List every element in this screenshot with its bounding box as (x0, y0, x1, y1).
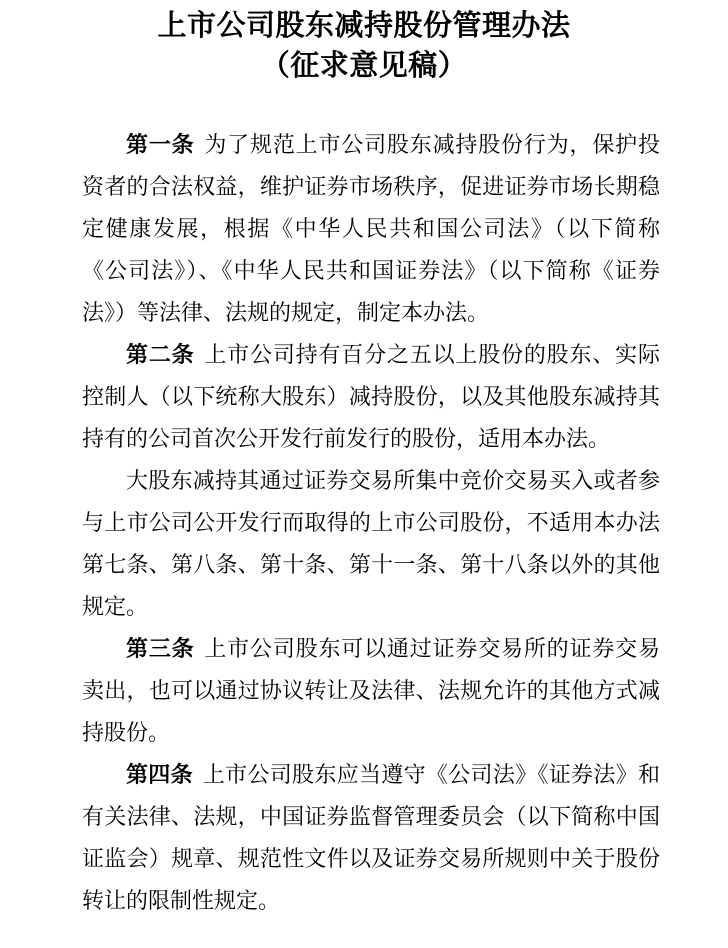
document-paragraph: 第三条上市公司股东可以通过证券交易所的证券交易卖出，也可以通过协议转让及法律、法… (82, 628, 660, 754)
paragraph-text: 大股东减持其通过证券交易所集中竞价交易买入或者参与上市公司公开发行而取得的上市公… (82, 468, 660, 619)
document-body: 第一条为了规范上市公司股东减持股份行为，保护投资者的合法权益，维护证券市场秩序，… (82, 124, 660, 922)
paragraph-text: 为了规范上市公司股东减持股份行为，保护投资者的合法权益，维护证券市场秩序，促进证… (82, 132, 660, 325)
document-paragraph: 大股东减持其通过证券交易所集中竞价交易买入或者参与上市公司公开发行而取得的上市公… (82, 460, 660, 628)
document-paragraph: 第二条上市公司持有百分之五以上股份的股东、实际控制人（以下统称大股东）减持股份，… (82, 334, 660, 460)
article-number-label: 第一条 (126, 132, 194, 157)
article-number-label: 第二条 (126, 342, 194, 367)
document-paragraph: 第四条上市公司股东应当遵守《公司法》《证券法》和有关法律、法规，中国证券监督管理… (82, 754, 660, 922)
document-paragraph: 第一条为了规范上市公司股东减持股份行为，保护投资者的合法权益，维护证券市场秩序，… (82, 124, 660, 334)
title-line-1: 上市公司股东减持股份管理办法 (0, 6, 728, 46)
title-line-2: （征求意见稿） (0, 46, 728, 86)
article-number-label: 第四条 (126, 762, 193, 787)
document-page: 上市公司股东减持股份管理办法 （征求意见稿） 第一条为了规范上市公司股东减持股份… (0, 0, 728, 948)
document-title: 上市公司股东减持股份管理办法 （征求意见稿） (0, 6, 728, 86)
article-number-label: 第三条 (126, 636, 194, 661)
